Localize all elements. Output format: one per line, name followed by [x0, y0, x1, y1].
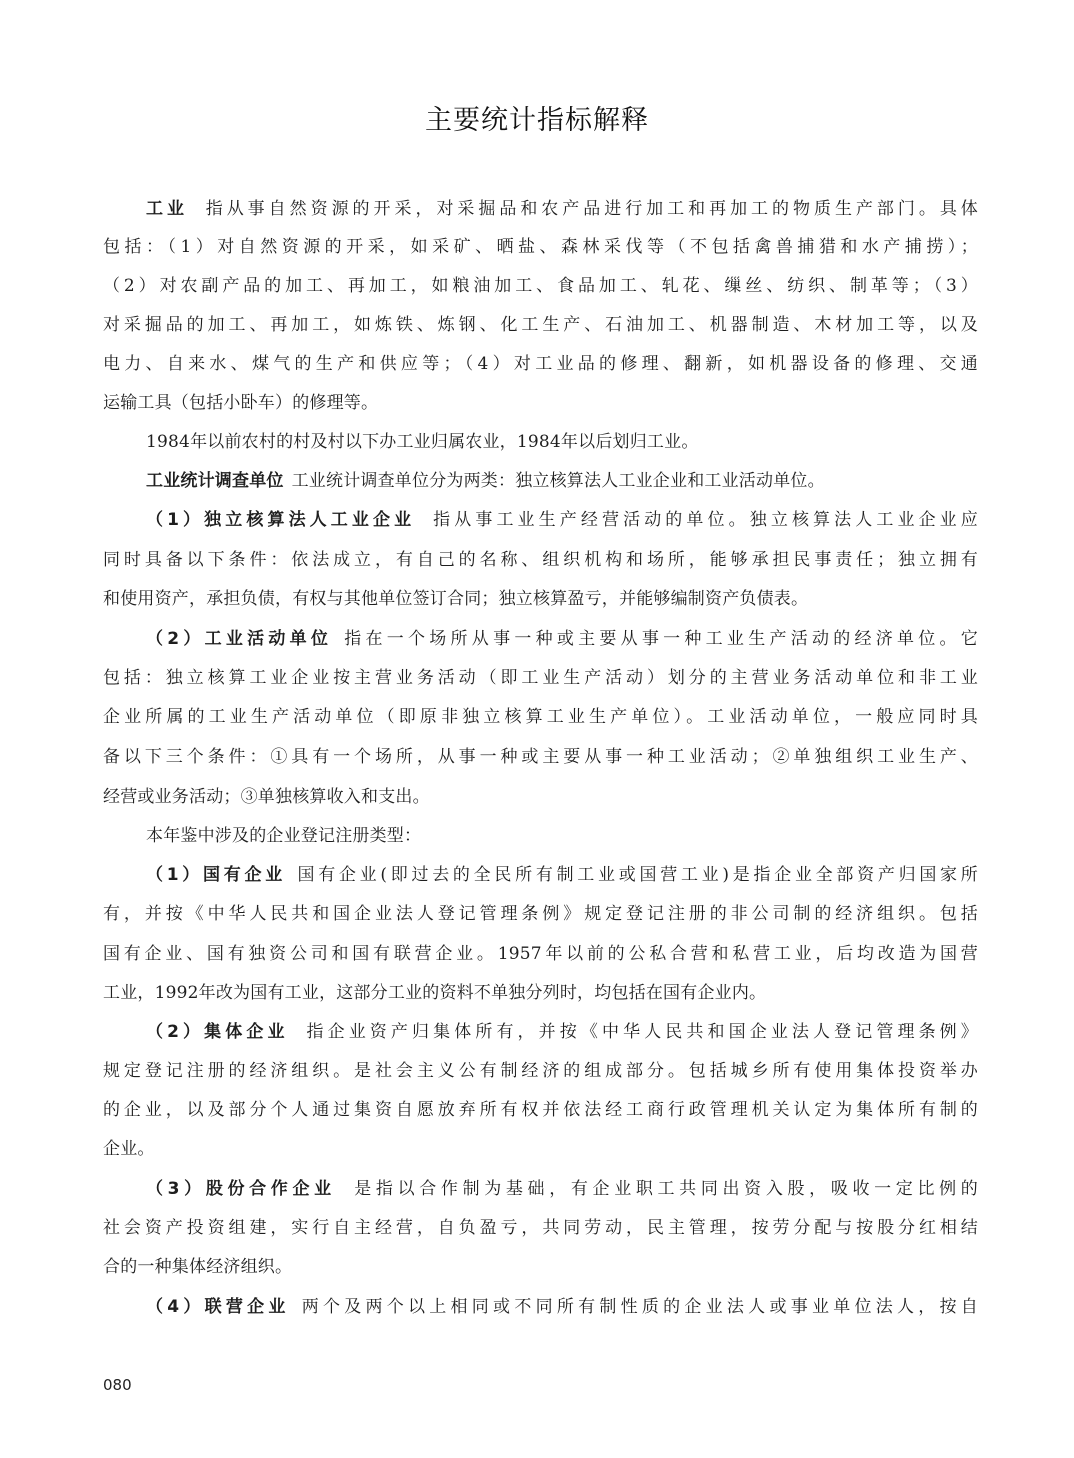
term-heading: （4）联营企业 — [146, 1297, 290, 1317]
page-title: 主要统计指标解释 — [0, 98, 1074, 137]
paragraph-line: 对采掘品的加工、再加工，如炼铁、炼钢、化工生产、石油加工、机器制造、木材加工等，… — [103, 313, 978, 337]
term-heading: （1）独立核算法人工业企业 — [146, 510, 415, 530]
paragraph-line: 包括：独立核算工业企业按主营业务活动（即工业生产活动）划分的主营业务活动单位和非… — [103, 666, 978, 690]
term-heading: （2）工业活动单位 — [146, 629, 332, 649]
definition-text: 指在一个场所从事一种或主要从事一种工业生产活动的经济单位。它 — [340, 629, 978, 649]
paragraph-line: 企业所属的工业生产活动单位（即原非独立核算工业生产单位）。工业活动单位，一般应同… — [103, 705, 978, 729]
definition-text: 国有企业(即过去的全民所有制工业或国营工业)是指企业全部资产归国家所 — [294, 865, 978, 885]
paragraph-line: 电力、自来水、煤气的生产和供应等；（4）对工业品的修理、翻新，如机器设备的修理、… — [103, 352, 978, 376]
definition-text: 工业统计调查单位分为两类：独立核算法人工业企业和工业活动单位。 — [292, 471, 825, 491]
definition-text: 指从事工业生产经营活动的单位。独立核算法人工业企业应 — [429, 510, 978, 530]
paragraph-line: 有，并按《中华人民共和国企业法人登记管理条例》规定登记注册的非公司制的经济组织。… — [103, 902, 978, 926]
paragraph-line: 合的一种集体经济组织。 — [103, 1255, 978, 1279]
paragraph-line: 备以下三个条件：①具有一个场所，从事一种或主要从事一种工业活动；②单独组织工业生… — [103, 745, 978, 769]
term-heading: （1）国有企业 — [146, 865, 286, 885]
term-heading: （2）集体企业 — [146, 1022, 289, 1042]
paragraph-line: 工业，1992年改为国有工业，这部分工业的资料不单独分列时，均包括在国有企业内。 — [103, 981, 978, 1005]
definition-text: 指企业资产归集体所有，并按《中华人民共和国企业法人登记管理条例》 — [303, 1022, 978, 1042]
paragraph-line: （3）股份合作企业是指以合作制为基础，有企业职工共同出资入股，吸收一定比例的 — [146, 1177, 978, 1201]
paragraph-line: （1）国有企业国有企业(即过去的全民所有制工业或国营工业)是指企业全部资产归国家… — [146, 863, 978, 887]
paragraph-line: 社会资产投资组建，实行自主经营，自负盈亏，共同劳动，民主管理，按劳分配与按股分红… — [103, 1216, 978, 1240]
paragraph-line: 同时具备以下条件：依法成立，有自己的名称、组织机构和场所，能够承担民事责任；独立… — [103, 548, 978, 572]
paragraph-line: 企业。 — [103, 1137, 978, 1161]
paragraph-line: 国有企业、国有独资公司和国有联营企业。1957年以前的公私合营和私营工业，后均改… — [103, 942, 978, 966]
note-line: 1984年以前农村的村及村以下办工业归属农业，1984年以后划归工业。 — [146, 430, 978, 454]
term-heading: 工业统计调查单位 — [146, 471, 284, 491]
registration-intro: 本年鉴中涉及的企业登记注册类型： — [146, 824, 978, 848]
paragraph-line: 包括：（1）对自然资源的开采，如采矿、晒盐、森林采伐等（不包括禽兽捕猎和水产捕捞… — [103, 235, 978, 259]
paragraph-line: （2）集体企业指企业资产归集体所有，并按《中华人民共和国企业法人登记管理条例》 — [146, 1020, 978, 1044]
page-number: 080 — [103, 1376, 132, 1394]
paragraph-line: 的企业，以及部分个人通过集资自愿放弃所有权并依法经工商行政管理机关认定为集体所有… — [103, 1098, 978, 1122]
definition-text: 指从事自然资源的开采，对采掘品和农产品进行加工和再加工的物质生产部门。具体 — [202, 199, 978, 219]
paragraph-line: 工业指从事自然资源的开采，对采掘品和农产品进行加工和再加工的物质生产部门。具体 — [146, 197, 978, 221]
definition-text: 两个及两个以上相同或不同所有制性质的企业法人或事业单位法人，按自 — [298, 1297, 978, 1317]
paragraph-line: （1）独立核算法人工业企业指从事工业生产经营活动的单位。独立核算法人工业企业应 — [146, 508, 978, 532]
paragraph-line: 工业统计调查单位工业统计调查单位分为两类：独立核算法人工业企业和工业活动单位。 — [146, 469, 978, 493]
paragraph-line: 和使用资产，承担负债，有权与其他单位签订合同；独立核算盈亏，并能够编制资产负债表… — [103, 587, 978, 611]
paragraph-line: 经营或业务活动；③单独核算收入和支出。 — [103, 785, 978, 809]
paragraph-line: （2）工业活动单位指在一个场所从事一种或主要从事一种工业生产活动的经济单位。它 — [146, 627, 978, 651]
term-heading: 工业 — [146, 199, 188, 219]
paragraph-line: （4）联营企业两个及两个以上相同或不同所有制性质的企业法人或事业单位法人，按自 — [146, 1295, 978, 1319]
definition-text: 是指以合作制为基础，有企业职工共同出资入股，吸收一定比例的 — [350, 1179, 978, 1199]
paragraph-line: 规定登记注册的经济组织。是社会主义公有制经济的组成部分。包括城乡所有使用集体投资… — [103, 1059, 978, 1083]
paragraph-line: （2）对农副产品的加工、再加工，如粮油加工、食品加工、轧花、缫丝、纺织、制革等；… — [103, 274, 978, 298]
paragraph-line: 运输工具（包括小卧车）的修理等。 — [103, 391, 978, 415]
term-heading: （3）股份合作企业 — [146, 1179, 336, 1199]
